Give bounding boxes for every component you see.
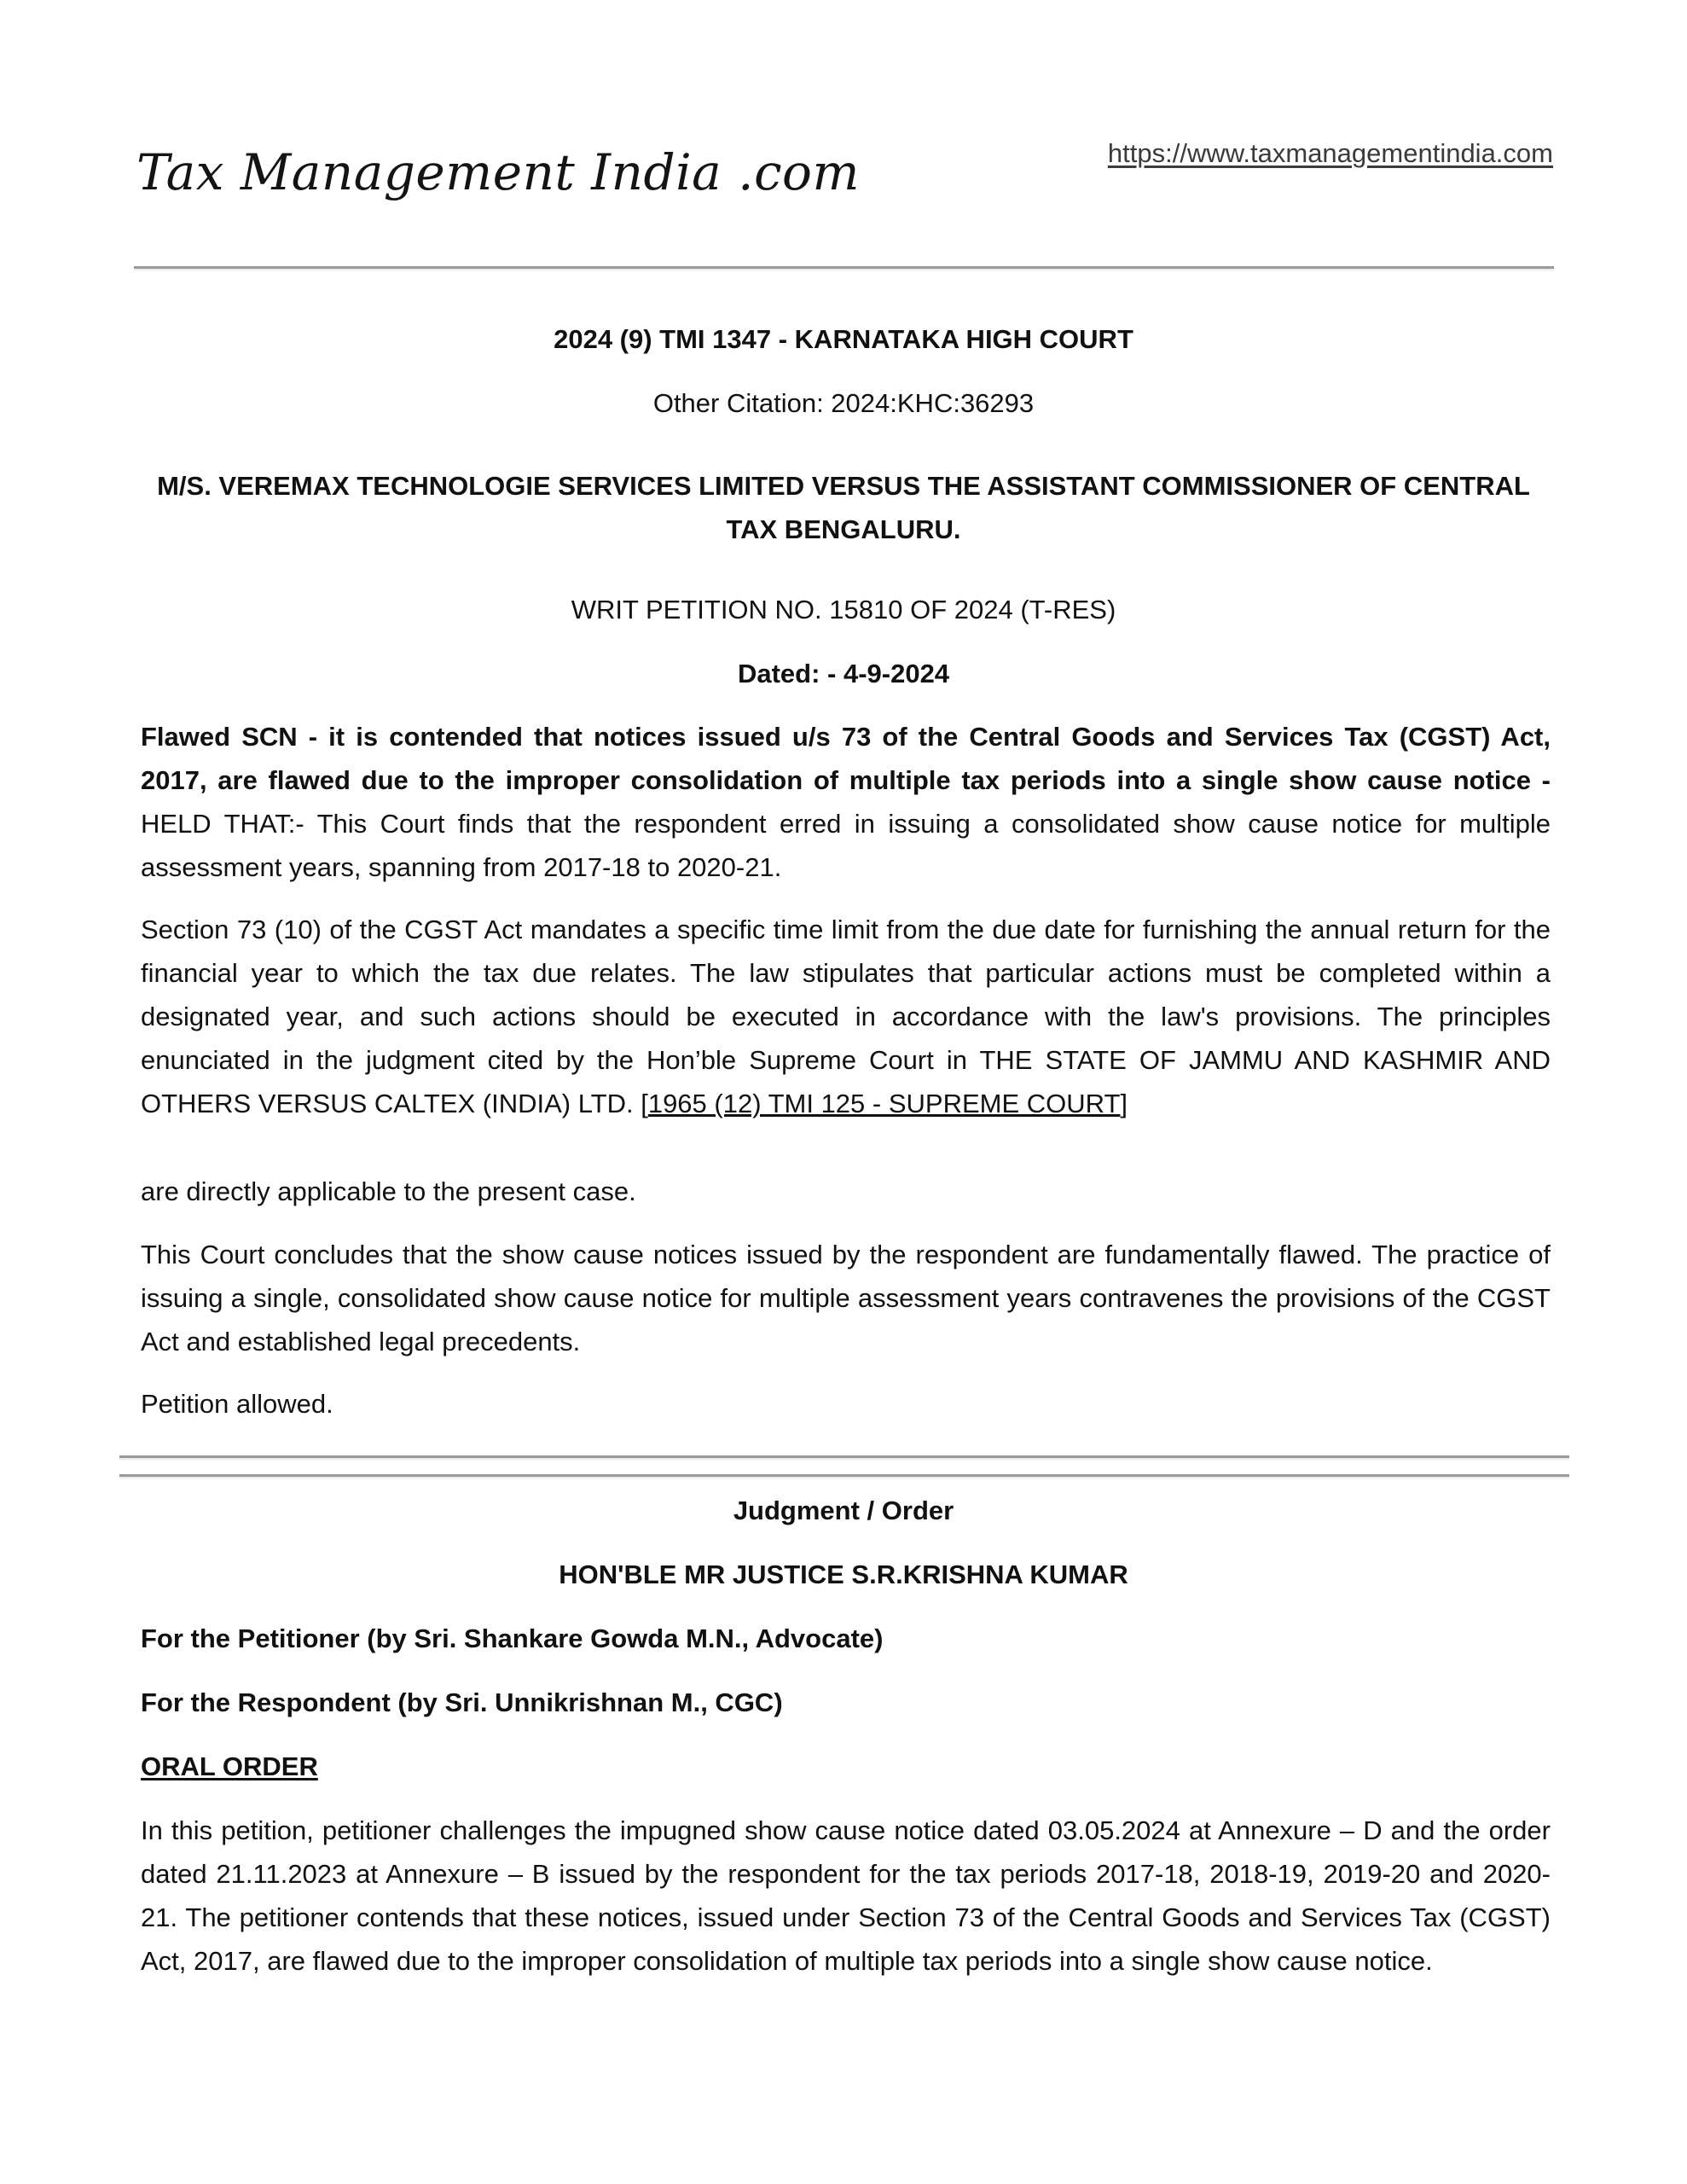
case-date: Dated: - 4-9-2024 [136, 652, 1551, 695]
oral-order-heading: ORAL ORDER [141, 1745, 318, 1788]
petition-number: WRIT PETITION NO. 15810 OF 2024 (T-RES) [136, 588, 1551, 631]
header-divider [134, 266, 1554, 269]
citation-close-bracket: ] [1120, 1089, 1128, 1118]
document-page: Tax Management India .com https://www.ta… [0, 0, 1687, 2184]
headnote-paragraph: Flawed SCN - it is contended that notice… [141, 715, 1551, 889]
site-url-link[interactable]: https://www.taxmanagementindia.com [1108, 138, 1553, 169]
headnote-bold-lead: Flawed SCN - it is contended that notice… [141, 722, 1551, 795]
judge-name: HON'BLE MR JUSTICE S.R.KRISHNA KUMAR [136, 1553, 1551, 1596]
section-divider-1 [119, 1455, 1569, 1458]
caltex-citation-link[interactable]: 1965 (12) TMI 125 - SUPREME COURT [648, 1089, 1121, 1118]
conclusion-paragraph: This Court concludes that the show cause… [141, 1233, 1551, 1363]
case-title: M/S. VEREMAX TECHNOLOGIE SERVICES LIMITE… [154, 464, 1533, 551]
petitioner-counsel: For the Petitioner (by Sri. Shankare Gow… [141, 1617, 883, 1660]
result-text: Petition allowed. [141, 1382, 333, 1426]
site-logo: Tax Management India .com [136, 143, 860, 201]
section-divider-2 [119, 1474, 1569, 1477]
headnote-held-text: HELD THAT:- This Court finds that the re… [141, 809, 1551, 882]
case-citation: 2024 (9) TMI 1347 - KARNATAKA HIGH COURT [136, 317, 1551, 361]
section-73-paragraph: Section 73 (10) of the CGST Act mandates… [141, 908, 1551, 1125]
respondent-counsel: For the Respondent (by Sri. Unnikrishnan… [141, 1681, 783, 1724]
other-citation: Other Citation: 2024:KHC:36293 [136, 381, 1551, 425]
oral-order-paragraph: In this petition, petitioner challenges … [141, 1809, 1551, 1983]
judgment-heading: Judgment / Order [136, 1489, 1551, 1532]
applicable-line: are directly applicable to the present c… [141, 1170, 636, 1213]
